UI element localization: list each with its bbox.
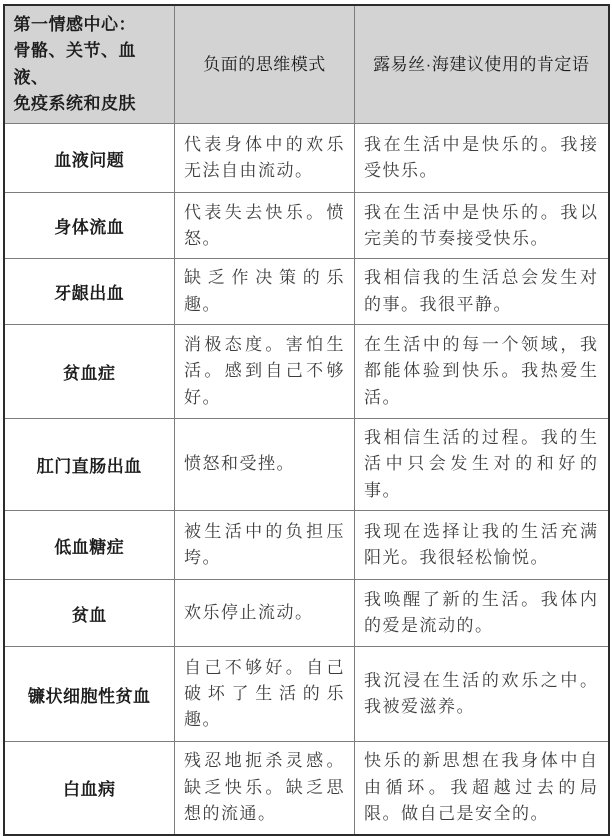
disease-name: 贫血 bbox=[4, 580, 175, 647]
affirmation-text: 我在生活中是快乐的。我接受快乐。 bbox=[355, 124, 609, 193]
affirmation-text: 我唤醒了新的生活。我体内的爱是流动的。 bbox=[355, 580, 609, 647]
affirmation-text: 我沉浸在生活的欢乐之中。我被爱滋养。 bbox=[355, 647, 609, 742]
affirmation-text: 我现在选择让我的生活充满阳光。我很轻松愉悦。 bbox=[355, 511, 609, 580]
table-row: 镰状细胞性贫血 自己不够好。自己破坏了生活的乐趣。 我沉浸在生活的欢乐之中。我被… bbox=[4, 647, 609, 742]
disease-name: 牙龈出血 bbox=[4, 259, 175, 325]
header-emotion-center: 第一情感中心： 骨骼、关节、血液、 免疫系统和皮肤 bbox=[4, 5, 175, 124]
header-negative-patterns: 负面的思维模式 bbox=[175, 5, 355, 124]
negative-pattern: 自己不够好。自己破坏了生活的乐趣。 bbox=[175, 647, 355, 742]
disease-name: 身体流血 bbox=[4, 193, 175, 259]
affirmation-text: 我相信我的生活总会发生对的事。我很平静。 bbox=[355, 259, 609, 325]
header-affirmations: 露易丝·海建议使用的肯定语 bbox=[355, 5, 609, 124]
affirmation-text: 快乐的新思想在我身体中自由循环。我超越过去的局限。做自己是安全的。 bbox=[355, 742, 609, 835]
table-row: 肛门直肠出血 愤怒和受挫。 我相信生活的过程。我的生活中只会发生对的和好的事。 bbox=[4, 419, 609, 511]
affirmation-text: 我在生活中是快乐的。我以完美的节奏接受快乐。 bbox=[355, 193, 609, 259]
negative-pattern: 欢乐停止流动。 bbox=[175, 580, 355, 647]
negative-pattern: 缺乏作决策的乐趣。 bbox=[175, 259, 355, 325]
disease-name: 肛门直肠出血 bbox=[4, 419, 175, 511]
disease-name: 镰状细胞性贫血 bbox=[4, 647, 175, 742]
disease-name: 血液问题 bbox=[4, 124, 175, 193]
affirmation-text: 我相信生活的过程。我的生活中只会发生对的和好的事。 bbox=[355, 419, 609, 511]
negative-pattern: 残忍地扼杀灵感。缺乏快乐。缺乏思想的流通。 bbox=[175, 742, 355, 835]
emotion-center-table: 第一情感中心： 骨骼、关节、血液、 免疫系统和皮肤 负面的思维模式 露易丝·海建… bbox=[3, 4, 610, 836]
affirmation-text: 在生活中的每一个领域，我都能体验到快乐。我热爱生活。 bbox=[355, 325, 609, 419]
negative-pattern: 消极态度。害怕生活。感到自己不够好。 bbox=[175, 325, 355, 419]
table-row: 牙龈出血 缺乏作决策的乐趣。 我相信我的生活总会发生对的事。我很平静。 bbox=[4, 259, 609, 325]
negative-pattern: 代表失去快乐。愤怒。 bbox=[175, 193, 355, 259]
table-row: 低血糖症 被生活中的负担压垮。 我现在选择让我的生活充满阳光。我很轻松愉悦。 bbox=[4, 511, 609, 580]
table-header-row: 第一情感中心： 骨骼、关节、血液、 免疫系统和皮肤 负面的思维模式 露易丝·海建… bbox=[4, 5, 609, 124]
disease-name: 低血糖症 bbox=[4, 511, 175, 580]
table-row: 白血病 残忍地扼杀灵感。缺乏快乐。缺乏思想的流通。 快乐的新思想在我身体中自由循… bbox=[4, 742, 609, 835]
negative-pattern: 愤怒和受挫。 bbox=[175, 419, 355, 511]
book-page: 第一情感中心： 骨骼、关节、血液、 免疫系统和皮肤 负面的思维模式 露易丝·海建… bbox=[0, 0, 612, 810]
disease-name: 贫血症 bbox=[4, 325, 175, 419]
table-row: 贫血症 消极态度。害怕生活。感到自己不够好。 在生活中的每一个领域，我都能体验到… bbox=[4, 325, 609, 419]
disease-name: 白血病 bbox=[4, 742, 175, 835]
table-row: 贫血 欢乐停止流动。 我唤醒了新的生活。我体内的爱是流动的。 bbox=[4, 580, 609, 647]
negative-pattern: 被生活中的负担压垮。 bbox=[175, 511, 355, 580]
table-row: 身体流血 代表失去快乐。愤怒。 我在生活中是快乐的。我以完美的节奏接受快乐。 bbox=[4, 193, 609, 259]
table-row: 血液问题 代表身体中的欢乐无法自由流动。 我在生活中是快乐的。我接受快乐。 bbox=[4, 124, 609, 193]
negative-pattern: 代表身体中的欢乐无法自由流动。 bbox=[175, 124, 355, 193]
